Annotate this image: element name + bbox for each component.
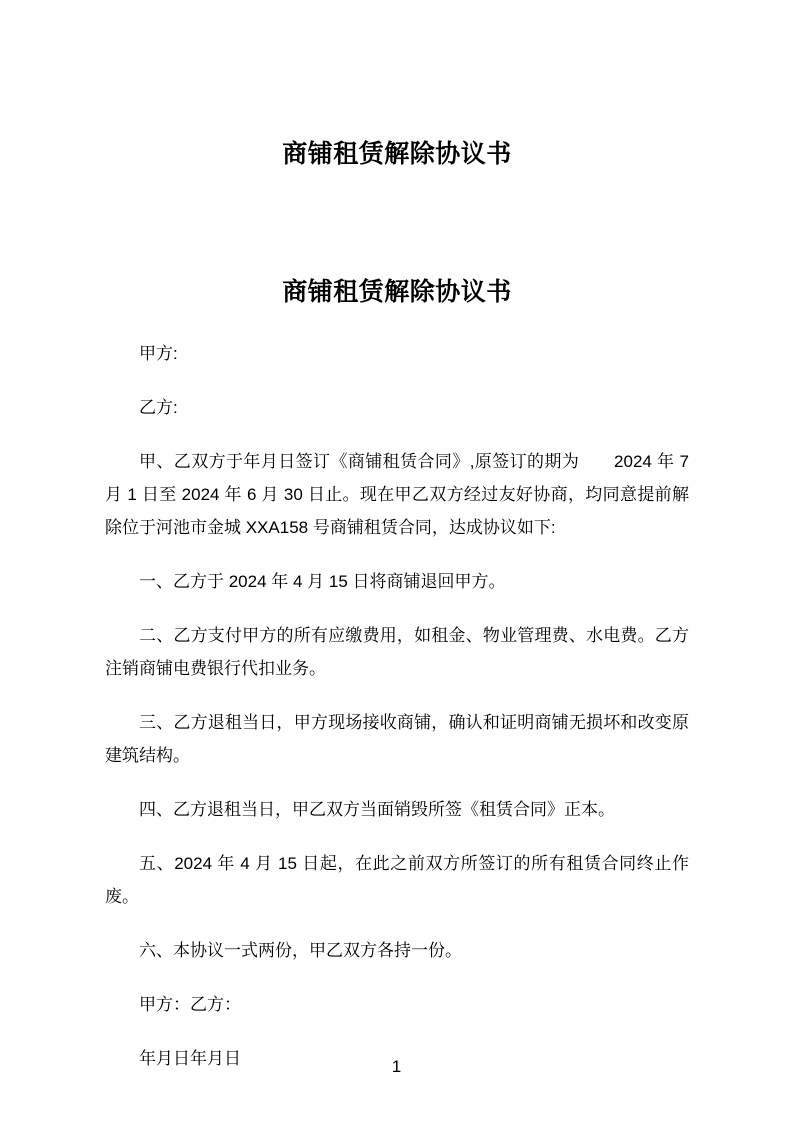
clause-paragraph-4: 四、乙方退租当日，甲乙双方当面销毁所签《租赁合同》正本。 bbox=[105, 793, 689, 826]
document-content: 商铺租赁解除协议书 商铺租赁解除协议书 甲方: 乙方: 甲、乙双方于年月日签订《… bbox=[0, 0, 793, 1075]
document-header-title: 商铺租赁解除协议书 bbox=[105, 140, 689, 168]
party-b-line: 乙方: bbox=[105, 391, 689, 424]
clause-paragraph-1: 一、乙方于 2024 年 4 月 15 日将商铺退回甲方。 bbox=[105, 565, 689, 598]
document-title: 商铺租赁解除协议书 bbox=[105, 278, 689, 306]
clause-paragraph-3: 三、乙方退租当日，甲方现场接收商铺，确认和证明商铺无损坏和改变原建筑结构。 bbox=[105, 706, 689, 772]
clause-paragraph-2: 二、乙方支付甲方的所有应缴费用，如租金、物业管理费、水电费。乙方注销商铺电费银行… bbox=[105, 619, 689, 685]
clause-paragraph-6: 六、本协议一式两份，甲乙双方各持一份。 bbox=[105, 934, 689, 967]
signature-line: 甲方：乙方： bbox=[105, 988, 689, 1021]
page-number: 1 bbox=[0, 1057, 793, 1077]
document-page: 商铺租赁解除协议书 商铺租赁解除协议书 甲方: 乙方: 甲、乙双方于年月日签订《… bbox=[0, 0, 793, 1122]
clause-paragraph-5: 五、2024 年 4 月 15 日起，在此之前双方所签订的所有租赁合同终止作废。 bbox=[105, 847, 689, 913]
party-a-line: 甲方: bbox=[105, 337, 689, 370]
intro-paragraph: 甲、乙双方于年月日签订《商铺租赁合同》,原签订的期为 2024 年 7 月 1 … bbox=[105, 445, 689, 544]
